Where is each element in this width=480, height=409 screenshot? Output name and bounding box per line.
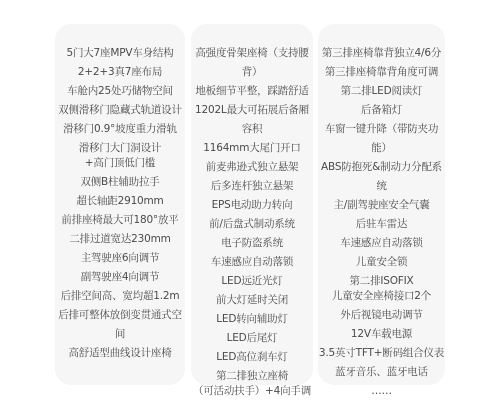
feature-item: 高强度骨架座椅（支持腰背） <box>191 44 313 82</box>
feature-card-body-space: 5门大7座MPV车身结构2+2+3真7座布局车舱内25处巧储物空间双侧滑移门隐藏… <box>55 24 185 385</box>
feature-item: 后多连杆独立悬架 <box>191 177 313 196</box>
feature-card-chassis-lighting: 高强度骨架座椅（支持腰背）地板细节平整，踩踏舒适1202L最大可拓展后备厢容积1… <box>191 24 313 385</box>
feature-item: 超长轴距2910mm <box>55 192 185 211</box>
feature-item: 第二排ISOFIX 儿童安全座椅接口2个 <box>318 272 445 306</box>
feature-item: 外后视镜电动调节 <box>318 306 445 325</box>
feature-item: 第三排座椅靠背角度可调 <box>318 63 445 82</box>
feature-item: 地板细节平整，踩踏舒适 <box>191 82 313 101</box>
feature-item: 二排过道宽达230mm <box>55 230 185 249</box>
feature-item: 双侧滑移门隐藏式轨道设计 <box>55 101 185 120</box>
feature-item: 副驾驶座4向调节 <box>55 268 185 287</box>
feature-item: 后驻车雷达 <box>318 215 445 234</box>
feature-item: 车速感应自动落锁 <box>191 253 313 272</box>
feature-item: 第三排座椅靠背独立4/6分 <box>318 44 445 63</box>
feature-item: EPS电动助力转向 <box>191 196 313 215</box>
feature-item: 12V车载电源 <box>318 325 445 344</box>
feature-item: 后排可整体放倒变贯通式空间 <box>55 306 185 344</box>
feature-item: 1164mm大尾门开口 <box>191 139 313 158</box>
feature-item: 前排座椅最大可180°放平 <box>55 211 185 230</box>
feature-item: 第二排独立座椅 （可活动扶手）+4向手调 <box>191 367 313 401</box>
feature-item: 1202L最大可拓展后备厢容积 <box>191 101 313 139</box>
feature-item: 车舱内25处巧储物空间 <box>55 82 185 101</box>
feature-item: 第二排LED阅读灯 <box>318 82 445 101</box>
feature-item: 主/副驾驶座安全气囊 <box>318 196 445 215</box>
feature-card-safety-convenience: 第三排座椅靠背独立4/6分第三排座椅靠背角度可调第二排LED阅读灯后备箱灯车窗一… <box>318 24 445 385</box>
feature-item: 滑移门大门洞设计 +高门顶低门槛 <box>55 139 185 173</box>
feature-item: 儿童安全锁 <box>318 253 445 272</box>
feature-item: 2+2+3真7座布局 <box>55 63 185 82</box>
feature-item: ABS防抱死&制动力分配系统 <box>318 158 445 196</box>
feature-spec-panel: 5门大7座MPV车身结构2+2+3真7座布局车舱内25处巧储物空间双侧滑移门隐藏… <box>0 0 480 409</box>
feature-item: 滑移门0.9°坡度重力滑轨 <box>55 120 185 139</box>
feature-item: 车窗一键升降（带防夹功能） <box>318 120 445 158</box>
feature-item: LED远近光灯 <box>191 272 313 291</box>
feature-item: 后备箱灯 <box>318 101 445 120</box>
feature-item: LED转向辅助灯 <box>191 310 313 329</box>
feature-item: 前/后盘式制动系统 <box>191 215 313 234</box>
feature-item: 双侧B柱辅助拉手 <box>55 173 185 192</box>
feature-item: 高舒适型曲线设计座椅 <box>55 344 185 363</box>
feature-item: 蓝牙音乐、蓝牙电话 <box>318 363 445 382</box>
feature-item: 3.5英寸TFT+断码组合仪表 <box>318 344 445 363</box>
feature-item: 电子防盗系统 <box>191 234 313 253</box>
feature-item: 车速感应自动落锁 <box>318 234 445 253</box>
feature-item: LED后尾灯 <box>191 329 313 348</box>
feature-item: 后排空间高、宽均超1.2m <box>55 287 185 306</box>
feature-item: 前麦弗逊式独立悬架 <box>191 158 313 177</box>
feature-item: LED高位刹车灯 <box>191 348 313 367</box>
feature-item: 5门大7座MPV车身结构 <box>55 44 185 63</box>
feature-item: 前大灯延时关闭 <box>191 291 313 310</box>
feature-item: …… <box>318 382 445 401</box>
feature-item: 主驾驶座6向调节 <box>55 249 185 268</box>
